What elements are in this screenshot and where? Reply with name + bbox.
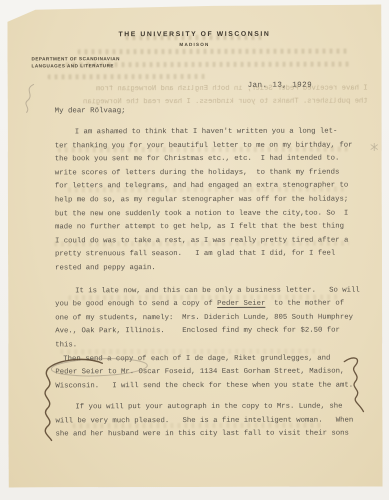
letter-date: Jan. 13, 1929: [248, 82, 312, 90]
paragraph-1: I am ashamed to think that I haven't wri…: [55, 126, 364, 276]
pencil-asterisk-mark: [371, 143, 378, 151]
letterhead-title: THE UNIVERSITY OF WISCONSIN: [7, 31, 381, 39]
pencil-squiggle-mark: [26, 84, 34, 112]
letter-paper: I have received Peder Seier, in both Eng…: [7, 5, 382, 488]
paragraph-2: It is late now, and this can be only a b…: [55, 284, 364, 353]
salutation: My dear Rölvaag;: [55, 107, 364, 116]
letter-body: My dear Rölvaag; I am ashamed to think t…: [55, 107, 365, 452]
bleedthrough-text-2: the publishers. Thanks to your kindness.…: [38, 98, 368, 107]
bleedthrough-smudge: [48, 74, 208, 79]
paragraph-4: If you will put your autograph in the co…: [55, 401, 364, 443]
letterhead-subtitle: MADISON: [7, 42, 381, 48]
bleedthrough-smudge: [77, 49, 349, 55]
bleedthrough-text-1: I have received Peder Seier, in both Eng…: [38, 85, 368, 94]
letterhead-department: DEPARTMENT OF SCANDINAVIAN LANGUAGES AND…: [32, 56, 120, 69]
paragraph-3: Then send a copy of each of I de dage, R…: [55, 352, 364, 394]
photo-background: I have received Peder Seier, in both Eng…: [0, 0, 389, 500]
underlined-book-title: Peder Seier: [217, 300, 265, 308]
